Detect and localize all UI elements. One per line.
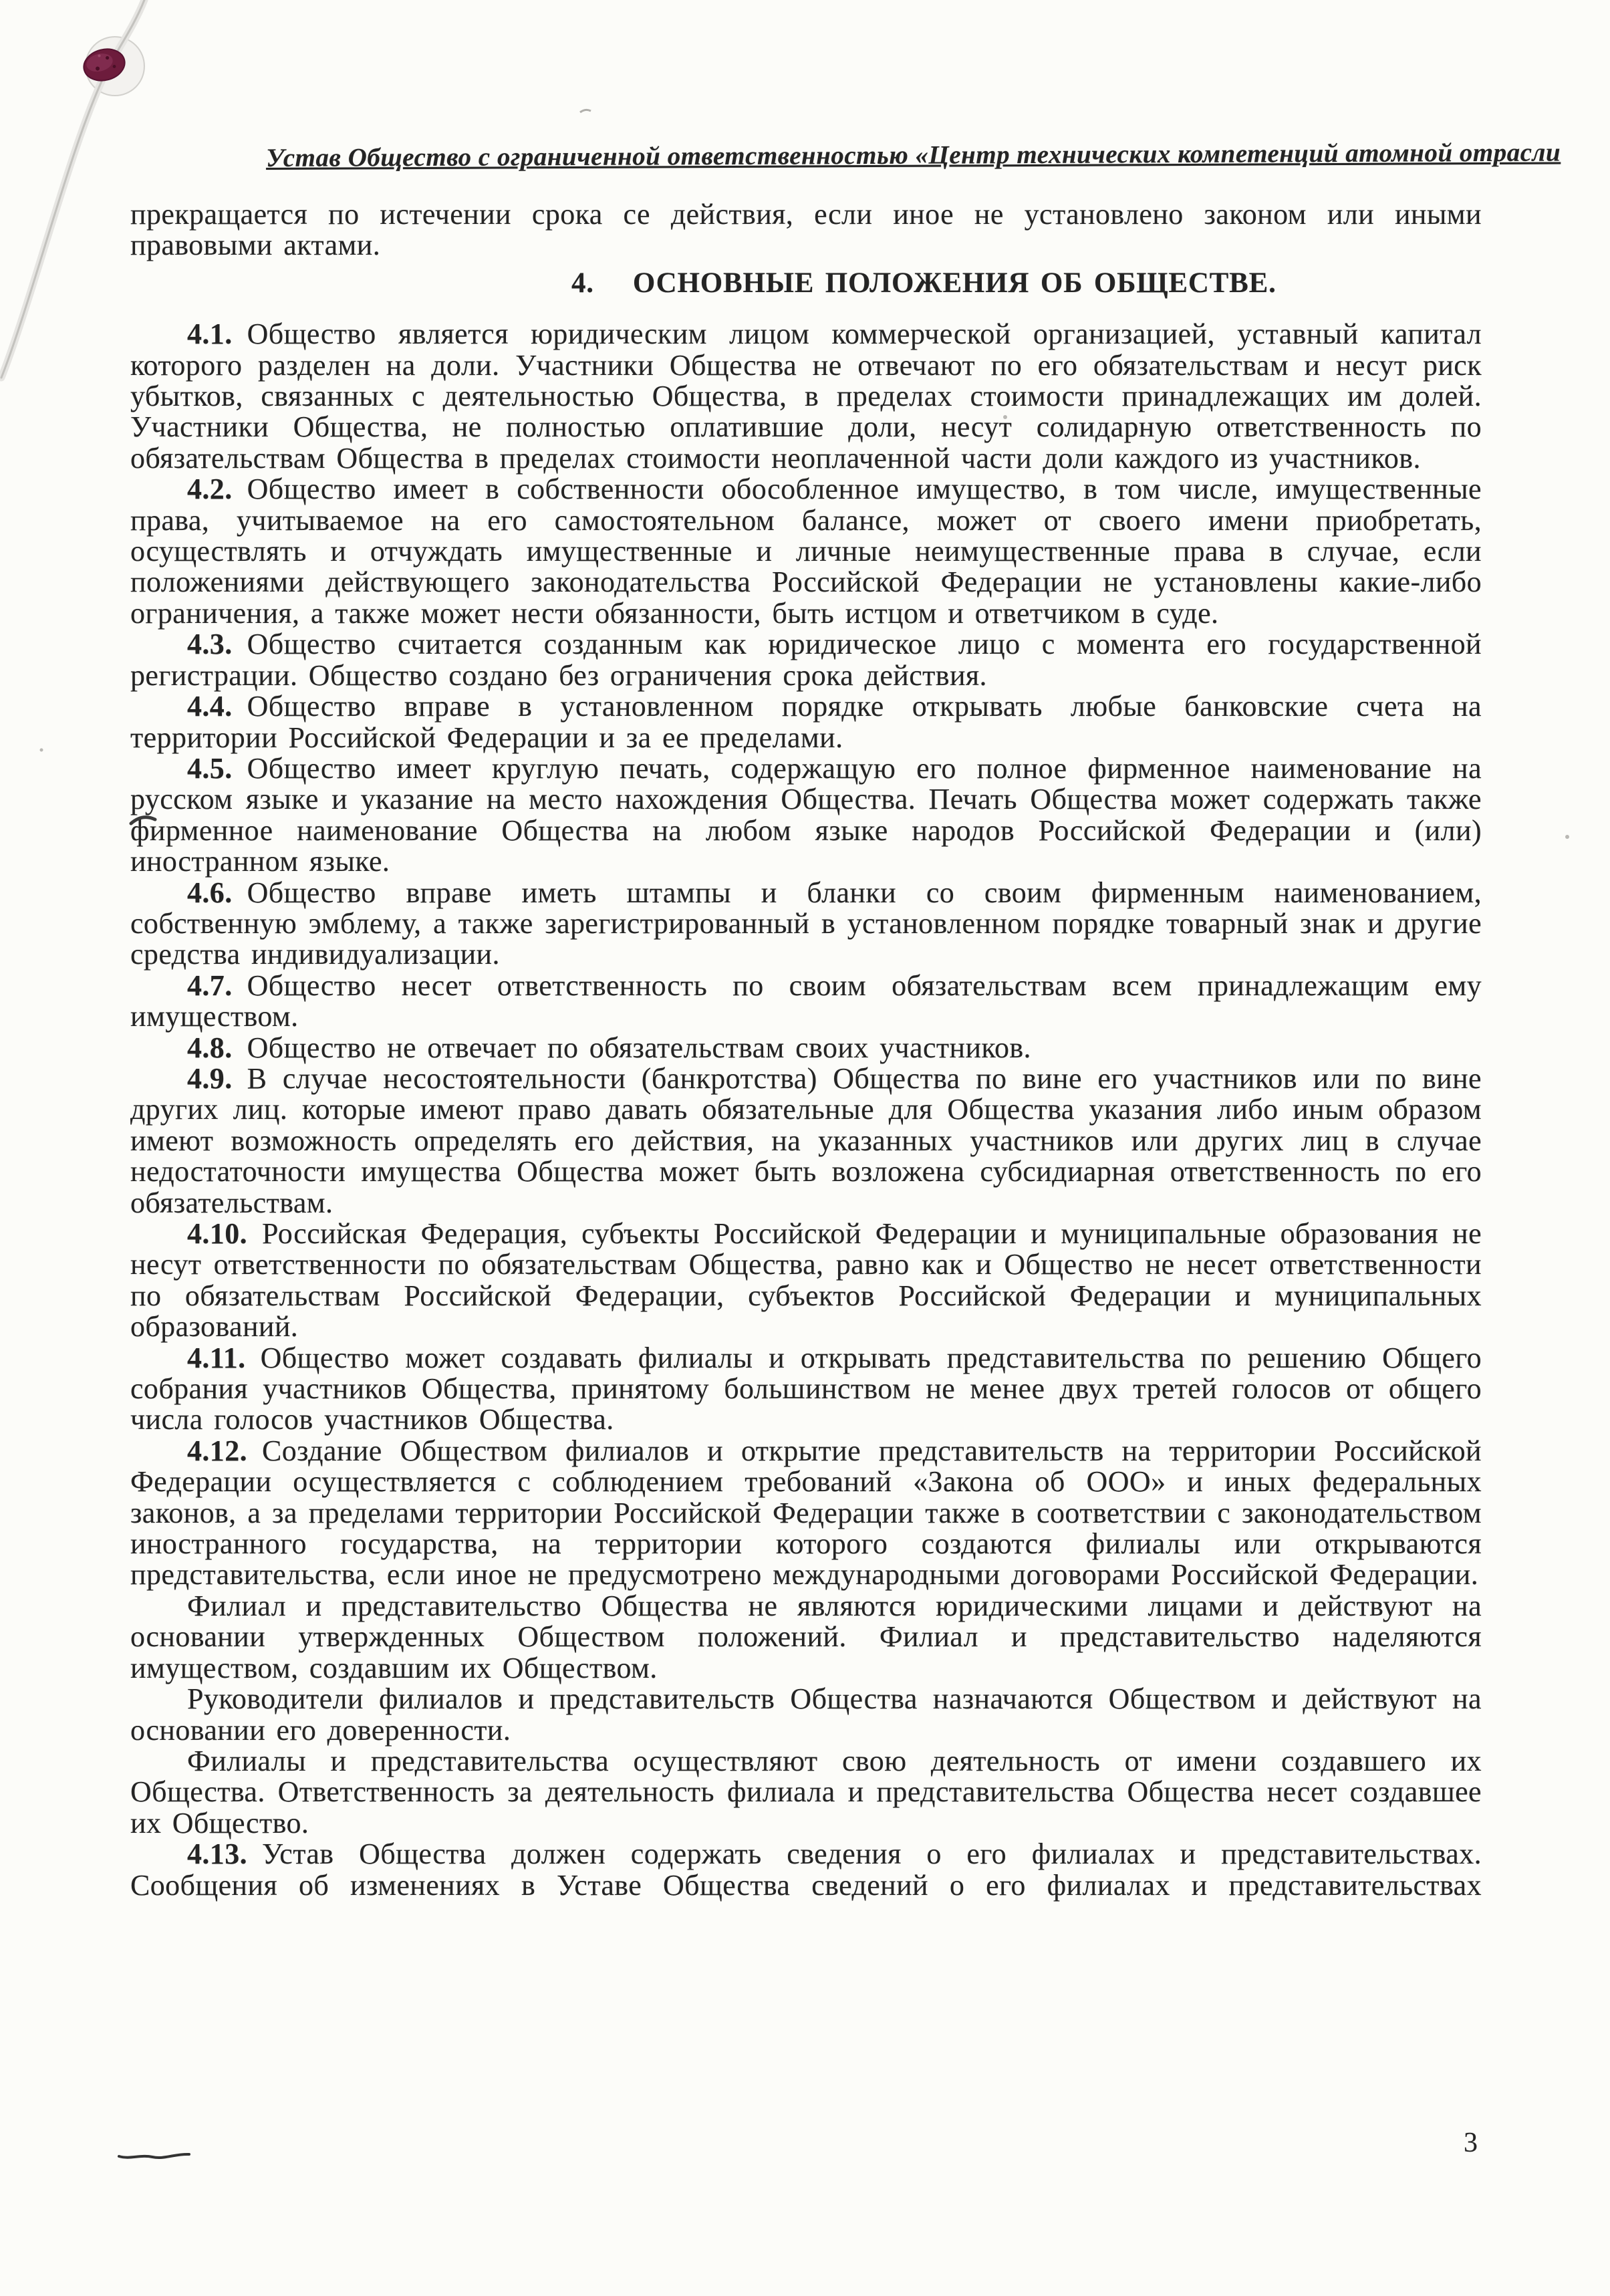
clause-text: Филиал и представительство Общества не я… xyxy=(130,1589,1482,1684)
pen-squiggle-icon xyxy=(119,2154,189,2158)
clause-number: 4.8. xyxy=(187,1031,233,1064)
clause-4-4: 4.4.Общество вправе в установленном поря… xyxy=(130,691,1482,753)
clause-branch-office-3: Филиалы и представительства осуществляют… xyxy=(130,1746,1482,1839)
section-number: 4. xyxy=(571,267,594,299)
clause-branch-office-1: Филиал и представительство Общества не я… xyxy=(130,1591,1482,1684)
clause-4-1: 4.1.Общество является юридическим лицом … xyxy=(130,319,1482,474)
clause-text: В случае несостоятельности (банкротства)… xyxy=(130,1062,1482,1219)
clause-4-2: 4.2.Общество имеет в собственности обосо… xyxy=(130,474,1482,629)
section-title: ОСНОВНЫЕ ПОЛОЖЕНИЯ ОБ ОБЩЕСТВЕ. xyxy=(633,267,1277,299)
page-number: 3 xyxy=(1464,2127,1478,2159)
clause-number: 4.5. xyxy=(187,752,233,785)
clause-text: Общество является юридическим лицом комм… xyxy=(130,317,1482,475)
clause-4-8: 4.8.Общество не отвечает по обязательств… xyxy=(130,1033,1482,1063)
document-header-title: Устав Общество с ограниченной ответствен… xyxy=(266,138,1486,173)
clause-text: Руководители филиалов и представительств… xyxy=(130,1682,1482,1746)
clause-number: 4.4. xyxy=(187,690,233,723)
clause-text: Общество имеет в собственности обособлен… xyxy=(130,473,1482,630)
clause-number: 4.10. xyxy=(187,1217,247,1250)
clause-branch-office-2: Руководители филиалов и представительств… xyxy=(130,1684,1482,1746)
clause-text: Общество имеет круглую печать, содержащу… xyxy=(130,752,1482,878)
clause-number: 4.13. xyxy=(187,1837,247,1870)
intro-continuation-paragraph: прекращается по истечении срока се дейст… xyxy=(130,199,1482,261)
clause-text: Филиалы и представительства осуществляют… xyxy=(130,1745,1482,1839)
section-heading: 4.ОСНОВНЫЕ ПОЛОЖЕНИЯ ОБ ОБЩЕСТВЕ. xyxy=(130,268,1482,299)
clause-text: Устав Общества должен содержать сведения… xyxy=(130,1837,1482,1901)
clause-text: Создание Обществом филиалов и открытие п… xyxy=(130,1434,1482,1591)
clause-4-12: 4.12.Создание Обществом филиалов и откры… xyxy=(130,1436,1482,1591)
binding-thread-icon xyxy=(1,0,144,378)
clause-4-3: 4.3.Общество считается созданным как юри… xyxy=(130,629,1482,691)
clause-number: 4.6. xyxy=(187,876,233,909)
clause-number: 4.1. xyxy=(187,317,233,350)
wax-seal-icon xyxy=(80,45,128,85)
clause-4-5: 4.5.Общество имеет круглую печать, содер… xyxy=(130,753,1482,878)
clause-text: Общество считается созданным как юридиче… xyxy=(130,628,1482,691)
clause-number: 4.7. xyxy=(187,969,233,1002)
clause-4-6: 4.6.Общество вправе иметь штампы и бланк… xyxy=(130,878,1482,971)
clause-text: Российская Федерация, субъекты Российско… xyxy=(130,1217,1482,1343)
scanned-page: Устав Общество с ограниченной ответствен… xyxy=(0,0,1610,2296)
clause-4-10: 4.10.Российская Федерация, субъекты Росс… xyxy=(130,1219,1482,1343)
clause-4-13: 4.13.Устав Общества должен содержать све… xyxy=(130,1839,1482,1901)
clause-number: 4.12. xyxy=(187,1434,247,1467)
clause-text: Общество вправе иметь штампы и бланки со… xyxy=(130,876,1482,971)
clause-text: Общество несет ответственность по своим … xyxy=(130,969,1482,1033)
clause-text: Общество не отвечает по обязательствам с… xyxy=(247,1031,1031,1064)
clause-number: 4.9. xyxy=(187,1062,233,1095)
clause-number: 4.11. xyxy=(187,1342,246,1374)
document-body: прекращается по истечении срока се дейст… xyxy=(130,199,1482,1901)
punched-hole-icon xyxy=(86,37,144,96)
clause-text: Общество вправе в установленном порядке … xyxy=(130,690,1482,753)
clause-4-11: 4.11.Общество может создавать филиалы и … xyxy=(130,1343,1482,1436)
clause-number: 4.2. xyxy=(187,473,233,505)
clause-4-7: 4.7.Общество несет ответственность по св… xyxy=(130,971,1482,1033)
clause-text: Общество может создавать филиалы и откры… xyxy=(130,1342,1482,1436)
clause-4-9: 4.9.В случае несостоятельности (банкротс… xyxy=(130,1063,1482,1219)
clause-number: 4.3. xyxy=(187,628,233,660)
